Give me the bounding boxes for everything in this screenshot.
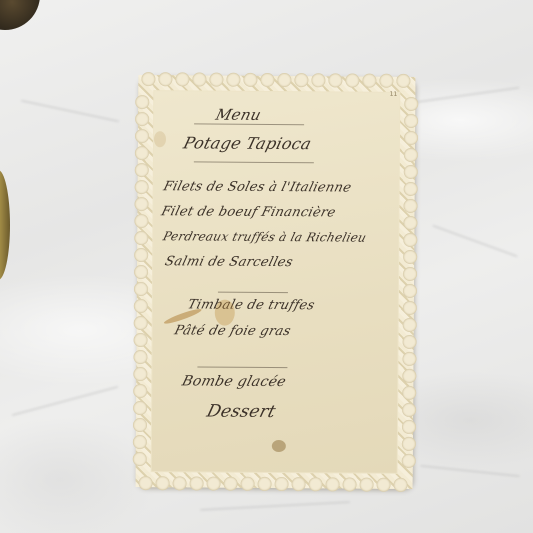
scallop [133, 435, 147, 449]
scallop [345, 73, 359, 87]
scallop [326, 477, 340, 491]
scallop [141, 72, 155, 86]
scallop [135, 129, 149, 143]
scallop [404, 148, 418, 162]
scallop [173, 476, 187, 490]
scallop [394, 478, 408, 492]
card-writing-area: 11 Menu Potage Tapioca Filets de Soles à… [152, 91, 400, 473]
scallop [133, 384, 147, 398]
course-line: Perdreaux truffés à la Richelieu [162, 229, 368, 244]
scallop [402, 420, 416, 434]
scallop [403, 267, 417, 281]
scallop [243, 73, 257, 87]
course-line: Potage Tapioca [182, 133, 314, 153]
course-line: Filets de Soles à l'Italienne [162, 179, 353, 195]
scallop [402, 386, 416, 400]
scallop [309, 477, 323, 491]
scallop [134, 299, 148, 313]
scallop [404, 182, 418, 196]
scallop [403, 216, 417, 230]
scallop [241, 477, 255, 491]
scallop [192, 72, 206, 86]
scallop [360, 478, 374, 492]
scallop [402, 437, 416, 451]
scallop [133, 367, 147, 381]
scallop [328, 73, 342, 87]
scallop [134, 316, 148, 330]
underline [197, 366, 287, 368]
course-line: Pâté de foie gras [173, 323, 293, 339]
brass-object-edge [0, 170, 10, 280]
course-line: Filet de boeuf Financière [160, 204, 338, 220]
scallop [207, 477, 221, 491]
menu-title: Menu [214, 106, 263, 124]
scallop [175, 72, 189, 86]
course-line: Salmi de Sarcelles [163, 254, 294, 270]
scallop [403, 233, 417, 247]
course-line: Timbale de truffes [186, 297, 316, 313]
paper-crease [420, 465, 520, 477]
scallop [402, 403, 416, 417]
menu-card: 11 Menu Potage Tapioca Filets de Soles à… [136, 75, 416, 489]
scallop [403, 250, 417, 264]
scallop [156, 476, 170, 490]
scallop [134, 197, 148, 211]
scallop [158, 72, 172, 86]
scallop [133, 401, 147, 415]
scallop [133, 418, 147, 432]
scallop [135, 146, 149, 160]
scallop [260, 73, 274, 87]
scallop [292, 477, 306, 491]
scallop [135, 95, 149, 109]
scallop [133, 452, 147, 466]
scallop [404, 165, 418, 179]
paper-crease [200, 501, 350, 511]
scallop [134, 214, 148, 228]
scallop [404, 114, 418, 128]
scallop [134, 265, 148, 279]
scallop [134, 248, 148, 262]
stain [272, 440, 286, 452]
scallop [226, 73, 240, 87]
scallop [362, 74, 376, 88]
underline [194, 161, 314, 163]
paper-crease [12, 386, 119, 416]
scallop [224, 477, 238, 491]
scallop [403, 199, 417, 213]
scallop [402, 454, 416, 468]
scallop [379, 74, 393, 88]
scallop [294, 73, 308, 87]
scallop [135, 180, 149, 194]
scallop [311, 73, 325, 87]
scallop [377, 478, 391, 492]
scallop [134, 333, 148, 347]
scallop [277, 73, 291, 87]
scallop [343, 477, 357, 491]
corner-number: 11 [390, 91, 398, 98]
course-line: Dessert [205, 402, 278, 422]
scallop [134, 282, 148, 296]
scallop [139, 476, 153, 490]
scallop [135, 112, 149, 126]
scallop [403, 335, 417, 349]
stain [154, 131, 166, 147]
dark-object-corner [0, 0, 40, 30]
underline [218, 292, 288, 293]
scallop [258, 477, 272, 491]
scallop [404, 131, 418, 145]
scallop [403, 318, 417, 332]
paper-crease [400, 87, 519, 106]
scallop [190, 476, 204, 490]
paper-crease [432, 225, 517, 258]
scallop [135, 163, 149, 177]
scallop [402, 369, 416, 383]
scallop [396, 74, 410, 88]
course-line: Bombe glacée [180, 373, 288, 390]
scallop [403, 301, 417, 315]
scallop [275, 477, 289, 491]
scallop [133, 350, 147, 364]
scallop [402, 352, 416, 366]
scallop [134, 231, 148, 245]
stain [215, 300, 235, 326]
scallop [404, 97, 418, 111]
paper-crease [21, 100, 119, 123]
scallop [403, 284, 417, 298]
scallop [209, 73, 223, 87]
